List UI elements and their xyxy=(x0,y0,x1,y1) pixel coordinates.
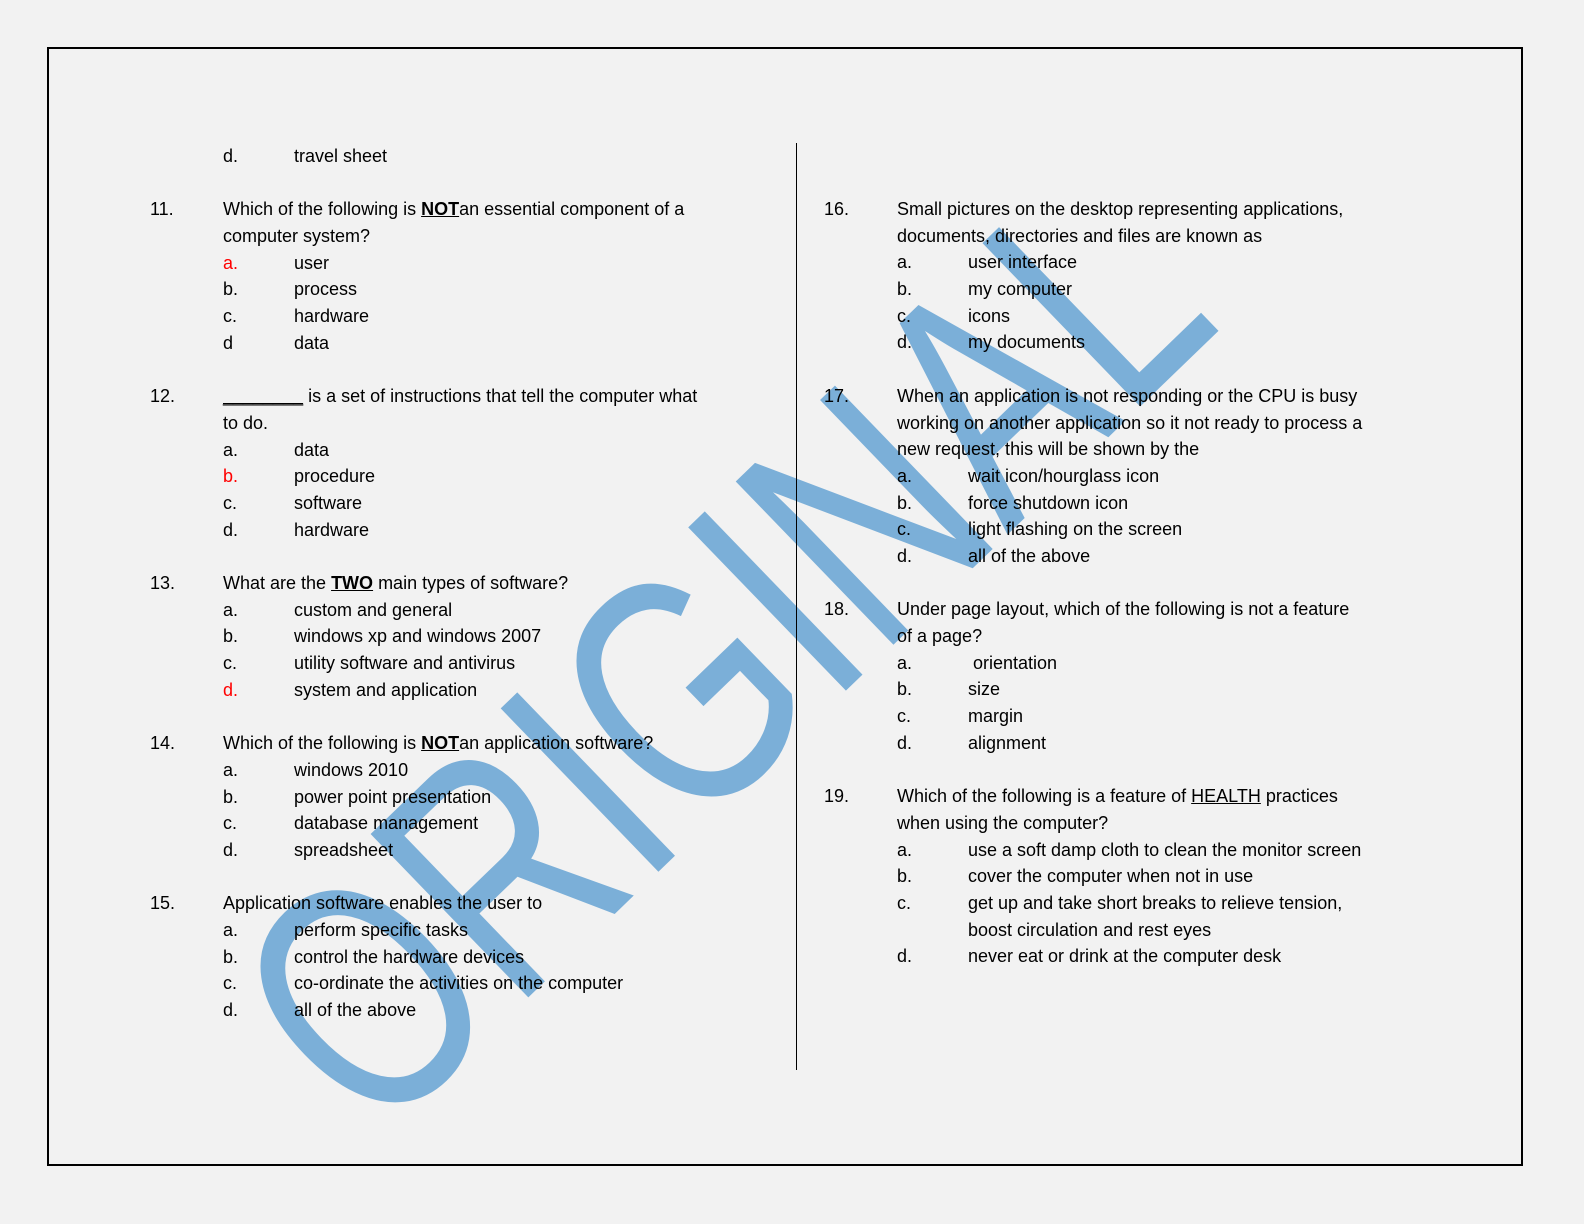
answer-option: a.perform specific tasks xyxy=(150,917,770,944)
option-letter: c. xyxy=(897,303,911,330)
answer-option: c.light flashing on the screen xyxy=(824,516,1444,543)
option-letter: d xyxy=(223,330,233,357)
answer-option: a.data xyxy=(150,437,770,464)
answer-option: b.procedure xyxy=(150,463,770,490)
question-text: ________ is a set of instructions that t… xyxy=(223,383,697,410)
answer-option: d.all of the above xyxy=(150,997,770,1024)
option-letter: b. xyxy=(223,463,238,490)
option-letter: a. xyxy=(897,249,912,276)
answer-option: a.custom and general xyxy=(150,597,770,624)
option-text: hardware xyxy=(294,517,369,544)
question-block: 12.________ is a set of instructions tha… xyxy=(150,383,770,543)
option-text: process xyxy=(294,276,357,303)
option-letter: d. xyxy=(223,997,238,1024)
question-line: documents, directories and files are kno… xyxy=(824,223,1444,250)
question-text: computer system? xyxy=(223,223,370,250)
emphasized-word: HEALTH xyxy=(1191,786,1261,806)
question-text: When an application is not responding or… xyxy=(897,383,1357,410)
option-text: force shutdown icon xyxy=(968,490,1128,517)
option-text: wait icon/hourglass icon xyxy=(968,463,1159,490)
spacer xyxy=(150,543,770,570)
answer-option: b.process xyxy=(150,276,770,303)
answer-option: c.software xyxy=(150,490,770,517)
option-text: windows xp and windows 2007 xyxy=(294,623,541,650)
answer-option: c.margin xyxy=(824,703,1444,730)
option-letter: a. xyxy=(223,917,238,944)
option-text: data xyxy=(294,330,329,357)
option-text: size xyxy=(968,676,1000,703)
question-line: 12.________ is a set of instructions tha… xyxy=(150,383,770,410)
option-text: procedure xyxy=(294,463,375,490)
emphasized-word: NOT xyxy=(421,199,459,219)
answer-option: c.co-ordinate the activities on the comp… xyxy=(150,970,770,997)
option-text: my computer xyxy=(968,276,1072,303)
right-column: 16.Small pictures on the desktop represe… xyxy=(824,196,1444,970)
question-text: when using the computer? xyxy=(897,810,1108,837)
question-text: working on another application so it not… xyxy=(897,410,1362,437)
option-text: get up and take short breaks to relieve … xyxy=(968,890,1342,917)
option-letter: b. xyxy=(223,623,238,650)
question-line: new request, this will be shown by the xyxy=(824,436,1444,463)
option-letter: d. xyxy=(897,543,912,570)
option-text: windows 2010 xyxy=(294,757,408,784)
fill-in-blank: ________ xyxy=(223,386,303,406)
answer-option: d.system and application xyxy=(150,677,770,704)
option-text: my documents xyxy=(968,329,1085,356)
spacer xyxy=(150,357,770,384)
option-text: travel sheet xyxy=(294,143,387,170)
option-letter: b. xyxy=(223,944,238,971)
answer-option: b.power point presentation xyxy=(150,784,770,811)
option-letter: c. xyxy=(223,303,237,330)
question-line: when using the computer? xyxy=(824,810,1444,837)
option-text: icons xyxy=(968,303,1010,330)
spacer xyxy=(824,570,1444,597)
option-text: utility software and antivirus xyxy=(294,650,515,677)
question-number: 12. xyxy=(150,383,175,410)
option-letter: b. xyxy=(897,676,912,703)
option-text: control the hardware devices xyxy=(294,944,524,971)
question-block: 18.Under page layout, which of the follo… xyxy=(824,596,1444,756)
question-line: 16.Small pictures on the desktop represe… xyxy=(824,196,1444,223)
answer-option: b.control the hardware devices xyxy=(150,944,770,971)
option-text: data xyxy=(294,437,329,464)
answer-option: b.my computer xyxy=(824,276,1444,303)
option-letter: d. xyxy=(223,677,238,704)
question-line: 15.Application software enables the user… xyxy=(150,890,770,917)
question-line: 19.Which of the following is a feature o… xyxy=(824,783,1444,810)
answer-option: b.force shutdown icon xyxy=(824,490,1444,517)
question-line: to do. xyxy=(150,410,770,437)
answer-option: d.hardware xyxy=(150,517,770,544)
option-letter: b. xyxy=(897,276,912,303)
question-number: 11. xyxy=(150,196,174,223)
answer-option: d.all of the above xyxy=(824,543,1444,570)
question-line: 14.Which of the following is NOTan appli… xyxy=(150,730,770,757)
emphasized-word: TWO xyxy=(331,573,373,593)
question-number: 14. xyxy=(150,730,175,757)
option-text: boost circulation and rest eyes xyxy=(968,917,1211,944)
option-text: hardware xyxy=(294,303,369,330)
option-text: all of the above xyxy=(968,543,1090,570)
option-text: margin xyxy=(968,703,1023,730)
spacer xyxy=(150,864,770,891)
question-number: 13. xyxy=(150,570,175,597)
option-letter: a. xyxy=(897,837,912,864)
answer-option: a.wait icon/hourglass icon xyxy=(824,463,1444,490)
answer-option: c.utility software and antivirus xyxy=(150,650,770,677)
option-text: user xyxy=(294,250,329,277)
column-divider xyxy=(796,143,797,1070)
question-block: 14.Which of the following is NOTan appli… xyxy=(150,730,770,863)
question-text: documents, directories and files are kno… xyxy=(897,223,1262,250)
question-line: 18.Under page layout, which of the follo… xyxy=(824,596,1444,623)
answer-option: c.get up and take short breaks to reliev… xyxy=(824,890,1444,917)
question-line: 17.When an application is not responding… xyxy=(824,383,1444,410)
spacer xyxy=(824,756,1444,783)
answer-option: a.use a soft damp cloth to clean the mon… xyxy=(824,837,1444,864)
answer-option: b.windows xp and windows 2007 xyxy=(150,623,770,650)
option-letter: b. xyxy=(223,784,238,811)
question-line: 11.Which of the following is NOTan essen… xyxy=(150,196,770,223)
question-line: 13.What are the TWO main types of softwa… xyxy=(150,570,770,597)
answer-option: c.hardware xyxy=(150,303,770,330)
answer-option: a.windows 2010 xyxy=(150,757,770,784)
option-text: co-ordinate the activities on the comput… xyxy=(294,970,623,997)
option-text: alignment xyxy=(968,730,1046,757)
emphasized-word: NOT xyxy=(421,733,459,753)
question-number: 18. xyxy=(824,596,849,623)
option-letter: a. xyxy=(897,463,912,490)
option-text: light flashing on the screen xyxy=(968,516,1182,543)
question-block: 19.Which of the following is a feature o… xyxy=(824,783,1444,970)
question-line: working on another application so it not… xyxy=(824,410,1444,437)
option-text: software xyxy=(294,490,362,517)
option-letter: c. xyxy=(223,650,237,677)
option-letter: a. xyxy=(897,650,912,677)
spacer xyxy=(150,703,770,730)
question-line: computer system? xyxy=(150,223,770,250)
option-letter: a. xyxy=(223,437,238,464)
option-letter: c. xyxy=(897,703,911,730)
option-letter: d. xyxy=(897,943,912,970)
question-block: 13.What are the TWO main types of softwa… xyxy=(150,570,770,703)
option-text: user interface xyxy=(968,249,1077,276)
carryover-option: d. travel sheet xyxy=(150,143,770,170)
option-text: power point presentation xyxy=(294,784,491,811)
answer-option: a.user xyxy=(150,250,770,277)
option-letter: d. xyxy=(897,730,912,757)
option-letter: c. xyxy=(223,970,237,997)
question-number: 16. xyxy=(824,196,849,223)
option-letter: c. xyxy=(223,490,237,517)
option-letter: d. xyxy=(223,143,238,170)
answer-option: c.database management xyxy=(150,810,770,837)
option-text: database management xyxy=(294,810,478,837)
question-text: of a page? xyxy=(897,623,982,650)
option-letter: d. xyxy=(223,837,238,864)
answer-option: c.icons xyxy=(824,303,1444,330)
left-question-list: 11.Which of the following is NOTan essen… xyxy=(150,196,770,1023)
question-line: of a page? xyxy=(824,623,1444,650)
question-text: new request, this will be shown by the xyxy=(897,436,1199,463)
spacer xyxy=(824,356,1444,383)
question-number: 17. xyxy=(824,383,849,410)
question-text: Which of the following is a feature of H… xyxy=(897,783,1338,810)
question-block: 11.Which of the following is NOTan essen… xyxy=(150,196,770,356)
question-block: 17.When an application is not responding… xyxy=(824,383,1444,570)
answer-option: a. orientation xyxy=(824,650,1444,677)
question-text: to do. xyxy=(223,410,268,437)
option-letter: b. xyxy=(897,863,912,890)
question-text: Application software enables the user to xyxy=(223,890,542,917)
question-text: Which of the following is NOTan essentia… xyxy=(223,196,684,223)
option-letter: c. xyxy=(897,890,911,917)
option-letter: d. xyxy=(897,329,912,356)
question-text: Small pictures on the desktop representi… xyxy=(897,196,1343,223)
answer-option: d.alignment xyxy=(824,730,1444,757)
option-text: spreadsheet xyxy=(294,837,393,864)
option-text: system and application xyxy=(294,677,477,704)
left-column: d. travel sheet 11.Which of the followin… xyxy=(150,143,770,1024)
question-block: 16.Small pictures on the desktop represe… xyxy=(824,196,1444,356)
answer-option: ddata xyxy=(150,330,770,357)
option-text: all of the above xyxy=(294,997,416,1024)
option-text: perform specific tasks xyxy=(294,917,468,944)
option-text: custom and general xyxy=(294,597,452,624)
option-letter: b. xyxy=(897,490,912,517)
option-letter: c. xyxy=(223,810,237,837)
option-text: use a soft damp cloth to clean the monit… xyxy=(968,837,1361,864)
question-text: What are the TWO main types of software? xyxy=(223,570,568,597)
answer-option: b.size xyxy=(824,676,1444,703)
question-block: 15.Application software enables the user… xyxy=(150,890,770,1023)
answer-option: b.cover the computer when not in use xyxy=(824,863,1444,890)
answer-option: d.never eat or drink at the computer des… xyxy=(824,943,1444,970)
answer-option: d.spreadsheet xyxy=(150,837,770,864)
answer-option: d.my documents xyxy=(824,329,1444,356)
option-letter: c. xyxy=(897,516,911,543)
option-letter: a. xyxy=(223,757,238,784)
question-text: Which of the following is NOTan applicat… xyxy=(223,730,653,757)
option-text: orientation xyxy=(968,650,1057,677)
option-letter: a. xyxy=(223,597,238,624)
option-letter: b. xyxy=(223,276,238,303)
option-letter: a. xyxy=(223,250,238,277)
option-text: never eat or drink at the computer desk xyxy=(968,943,1281,970)
question-number: 15. xyxy=(150,890,175,917)
right-question-list: 16.Small pictures on the desktop represe… xyxy=(824,196,1444,970)
option-letter: d. xyxy=(223,517,238,544)
answer-option-continuation: boost circulation and rest eyes xyxy=(824,917,1444,944)
question-number: 19. xyxy=(824,783,849,810)
answer-option: a.user interface xyxy=(824,249,1444,276)
option-text: cover the computer when not in use xyxy=(968,863,1253,890)
question-text: Under page layout, which of the followin… xyxy=(897,596,1349,623)
